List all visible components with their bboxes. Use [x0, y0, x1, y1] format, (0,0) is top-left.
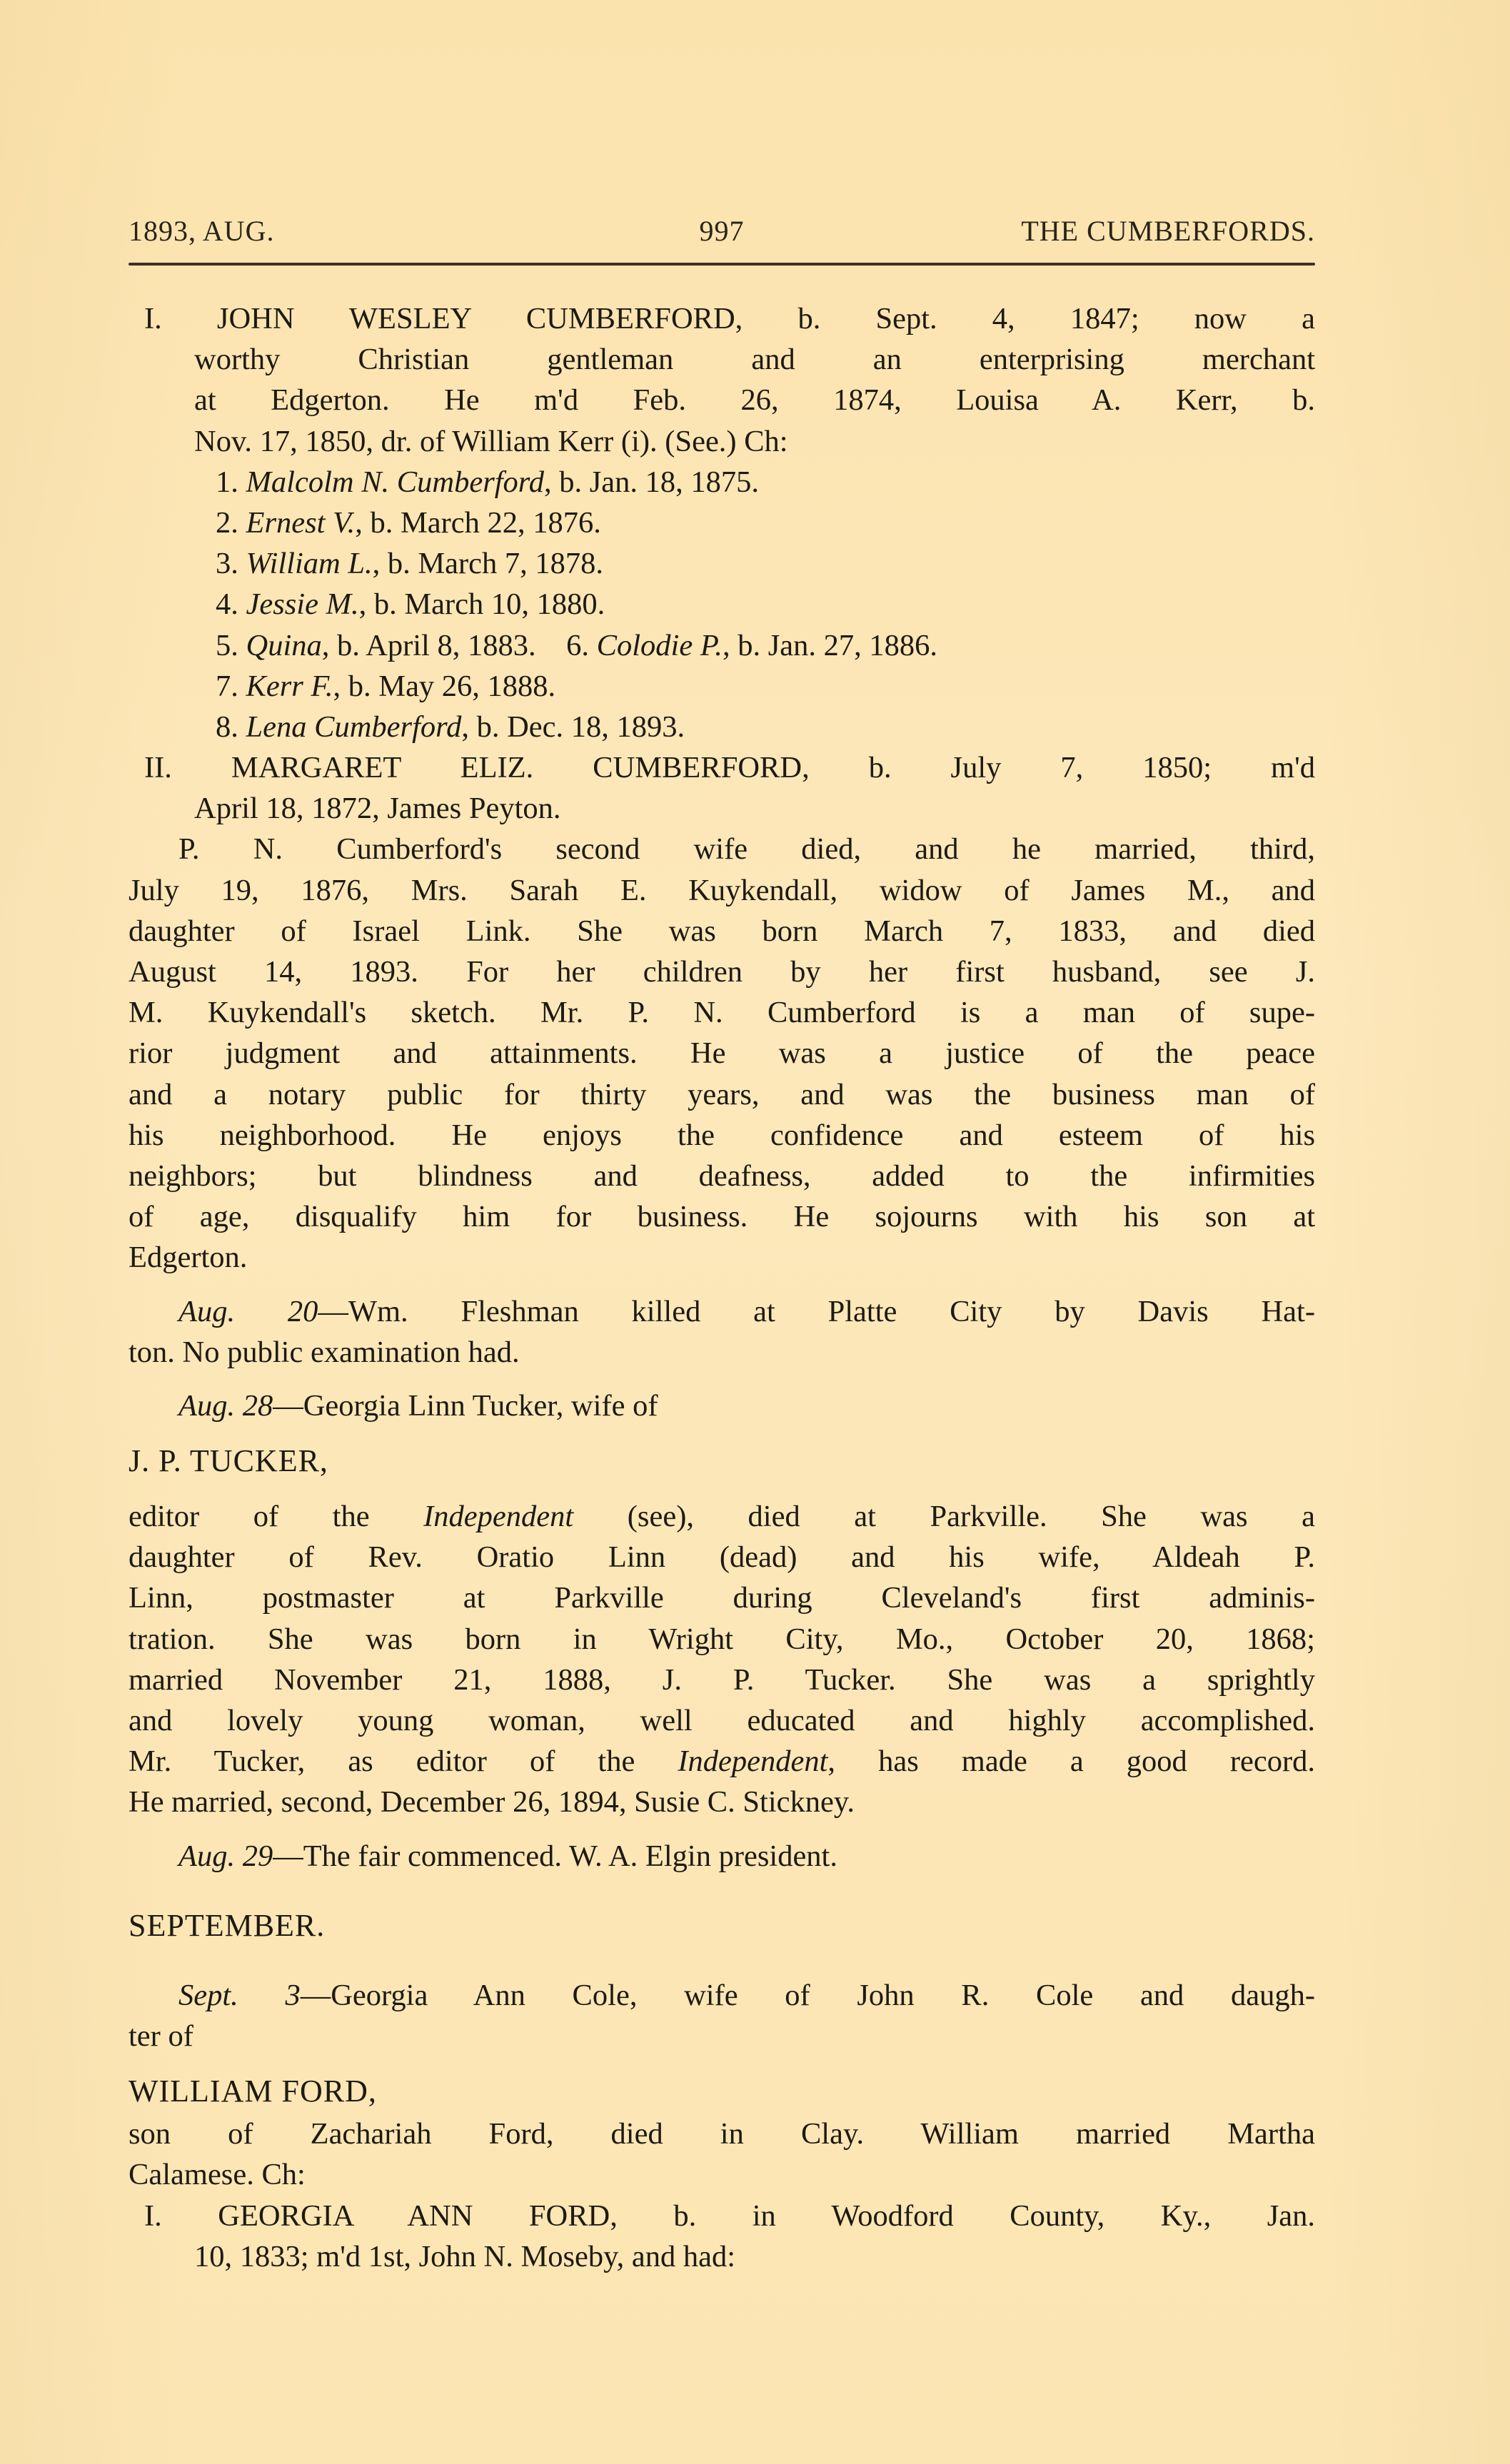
page-body: I. JOHN WESLEY CUMBERFORD, b. Sept. 4, 1… [129, 298, 1315, 2277]
newspaper-title: Independent [423, 1500, 573, 1533]
paragraph-pn-cumberford: P. N. Cumberford's second wife died, and… [129, 829, 1315, 1278]
paragraph-line: son of Zachariah Ford, died in Clay. Wil… [129, 2114, 1315, 2154]
child-item: 1. Malcolm N. Cumberford, b. Jan. 18, 18… [129, 462, 1315, 503]
child-number: 7. [216, 670, 238, 703]
entry-line: at Edgerton. He m'd Feb. 26, 1874, Louis… [129, 380, 1315, 420]
paragraph-line: He married, second, December 26, 1894, S… [129, 1782, 1315, 1822]
text: Mr. Tucker, as editor of the [129, 1745, 678, 1778]
paragraph-line: daughter of Rev. Oratio Linn (dead) and … [129, 1537, 1315, 1577]
child-detail: , b. April 8, 1883. [322, 629, 536, 662]
entry-margaret-cumberford: II. MARGARET ELIZ. CUMBERFORD, b. July 7… [129, 747, 1315, 829]
child-item: 7. Kerr F., b. May 26, 1888. [129, 666, 1315, 707]
entry-aug-29: Aug. 29—The fair commenced. W. A. Elgin … [129, 1836, 1315, 1877]
entry-text: —The fair commenced. W. A. Elgin preside… [273, 1839, 837, 1873]
running-header: 1893, AUG. 997 THE CUMBERFORDS. [129, 214, 1315, 250]
paragraph-line: Calamese. Ch: [129, 2154, 1315, 2195]
entry-aug-28: Aug. 28—Georgia Linn Tucker, wife of [129, 1385, 1315, 1426]
child-detail: , b. Dec. 18, 1893. [461, 710, 685, 744]
spacer [129, 2056, 1315, 2069]
paragraph-line: M. Kuykendall's sketch. Mr. P. N. Cumber… [129, 992, 1315, 1033]
entry-line: worthy Christian gentleman and an enterp… [129, 339, 1315, 380]
text: editor of the [129, 1500, 423, 1533]
paragraph-line: Sept. 3—Georgia Ann Cole, wife of John R… [129, 1975, 1315, 2016]
paragraph-line: P. N. Cumberford's second wife died, and… [129, 829, 1315, 869]
child-number: 4. [216, 587, 238, 621]
text: (see), died at Parkville. She was a [573, 1500, 1315, 1533]
date-label: Aug. 29 [178, 1839, 273, 1873]
entry-text: —Wm. Fleshman killed at Platte City by D… [318, 1295, 1315, 1328]
child-name: Quina [246, 629, 322, 662]
spacer [129, 1823, 1315, 1836]
entry-line: II. MARGARET ELIZ. CUMBERFORD, b. July 7… [129, 747, 1315, 788]
paragraph-line: Aug. 20—Wm. Fleshman killed at Platte Ci… [129, 1291, 1315, 1332]
child-name: Lena Cumberford [246, 710, 462, 744]
child-item: 5. Quina, b. April 8, 1883. 6. Colodie P… [129, 625, 1315, 666]
paragraph-line: editor of the Independent (see), died at… [129, 1496, 1315, 1537]
child-item: 8. Lena Cumberford, b. Dec. 18, 1893. [129, 707, 1315, 747]
paragraph-line: of age, disqualify him for business. He … [129, 1196, 1315, 1237]
child-detail: , b. Jan. 27, 1886. [723, 629, 937, 662]
paragraph-line: his neighborhood. He enjoys the confiden… [129, 1115, 1315, 1156]
child-number: 8. [216, 710, 238, 744]
text: , has made a good record. [827, 1745, 1315, 1778]
child-number: 6. [566, 629, 589, 662]
paragraph-line: July 19, 1876, Mrs. Sarah E. Kuykendall,… [129, 870, 1315, 911]
entry-aug-20: Aug. 20—Wm. Fleshman killed at Platte Ci… [129, 1291, 1315, 1373]
child-number: 3. [216, 547, 238, 580]
child-name: William L. [246, 547, 373, 580]
header-date: 1893, AUG. [129, 214, 520, 248]
entry-line: 10, 1833; m'd 1st, John N. Moseby, and h… [129, 2236, 1315, 2277]
spacer [129, 1877, 1315, 1904]
paragraph-line: ton. No public examination had. [129, 1332, 1315, 1373]
child-number: 2. [216, 506, 238, 540]
child-detail: , b. March 22, 1876. [355, 506, 601, 540]
spacer [129, 1426, 1315, 1439]
child-item: 4. Jessie M., b. March 10, 1880. [129, 584, 1315, 625]
heading-william-ford: WILLIAM FORD, [129, 2069, 1315, 2114]
paragraph-tucker: editor of the Independent (see), died at… [129, 1496, 1315, 1823]
child-name: Jessie M. [246, 587, 359, 621]
entry-sept-3: Sept. 3—Georgia Ann Cole, wife of John R… [129, 1975, 1315, 2056]
entry-line: I. JOHN WESLEY CUMBERFORD, b. Sept. 4, 1… [129, 298, 1315, 339]
date-label: Aug. 20 [178, 1295, 318, 1328]
header-rule [129, 263, 1315, 266]
child-detail: , b. May 26, 1888. [333, 670, 556, 703]
spacer [129, 1948, 1315, 1975]
paragraph-line: Mr. Tucker, as editor of the Independent… [129, 1741, 1315, 1782]
child-name: Kerr F. [246, 670, 333, 703]
entry-line: Nov. 17, 1850, dr. of William Kerr (i). … [129, 421, 1315, 462]
paragraph-line: tration. She was born in Wright City, Mo… [129, 1619, 1315, 1660]
paragraph-line: ter of [129, 2016, 1315, 2056]
entry-line: April 18, 1872, James Peyton. [129, 788, 1315, 829]
newspaper-title: Independent [678, 1745, 827, 1778]
paragraph-line: daughter of Israel Link. She was born Ma… [129, 911, 1315, 951]
paragraph-line: rior judgment and attainments. He was a … [129, 1033, 1315, 1074]
child-number: 1. [216, 465, 238, 499]
paragraph-line: Edgerton. [129, 1237, 1315, 1278]
paragraph-line: Aug. 28—Georgia Linn Tucker, wife of [129, 1385, 1315, 1426]
entry-john-wesley-cumberford: I. JOHN WESLEY CUMBERFORD, b. Sept. 4, 1… [129, 298, 1315, 462]
child-name: Ernest V. [246, 506, 356, 540]
paragraph-line: Aug. 29—The fair commenced. W. A. Elgin … [129, 1836, 1315, 1877]
paragraph-william-ford: son of Zachariah Ford, died in Clay. Wil… [129, 2114, 1315, 2277]
child-item: 3. William L., b. March 7, 1878. [129, 543, 1315, 584]
book-page: 1893, AUG. 997 THE CUMBERFORDS. I. JOHN … [129, 214, 1315, 2277]
child-detail: , b. March 7, 1878. [373, 547, 603, 580]
entry-text: —Georgia Ann Cole, wife of John R. Cole … [301, 1979, 1315, 2012]
paragraph-line: Linn, postmaster at Parkville during Cle… [129, 1577, 1315, 1618]
child-detail: , b. March 10, 1880. [359, 587, 605, 621]
child-name: Colodie P. [597, 629, 723, 662]
paragraph-line: married November 21, 1888, J. P. Tucker.… [129, 1660, 1315, 1700]
children-list: 1. Malcolm N. Cumberford, b. Jan. 18, 18… [129, 462, 1315, 747]
entry-text: —Georgia Linn Tucker, wife of [273, 1389, 658, 1423]
child-detail: , b. Jan. 18, 1875. [544, 465, 759, 499]
spacer [129, 1483, 1315, 1496]
paragraph-line: August 14, 1893. For her children by her… [129, 951, 1315, 992]
paragraph-line: neighbors; but blindness and deafness, a… [129, 1156, 1315, 1196]
spacer [129, 1278, 1315, 1291]
paragraph-line: and a notary public for thirty years, an… [129, 1074, 1315, 1115]
child-name: Malcolm N. Cumberford [246, 465, 545, 499]
page-number: 997 [520, 214, 923, 248]
date-label: Sept. 3 [178, 1979, 301, 2012]
entry-line: I. GEORGIA ANN FORD, b. in Woodford Coun… [129, 2196, 1315, 2236]
header-title: THE CUMBERFORDS. [924, 214, 1315, 248]
heading-jp-tucker: J. P. TUCKER, [129, 1439, 1315, 1483]
child-item: 2. Ernest V., b. March 22, 1876. [129, 503, 1315, 543]
heading-september: SEPTEMBER. [129, 1904, 1315, 1948]
date-label: Aug. 28 [178, 1389, 273, 1423]
spacer [129, 1373, 1315, 1385]
child-number: 5. [216, 629, 238, 662]
paragraph-line: and lovely young woman, well educated an… [129, 1700, 1315, 1741]
